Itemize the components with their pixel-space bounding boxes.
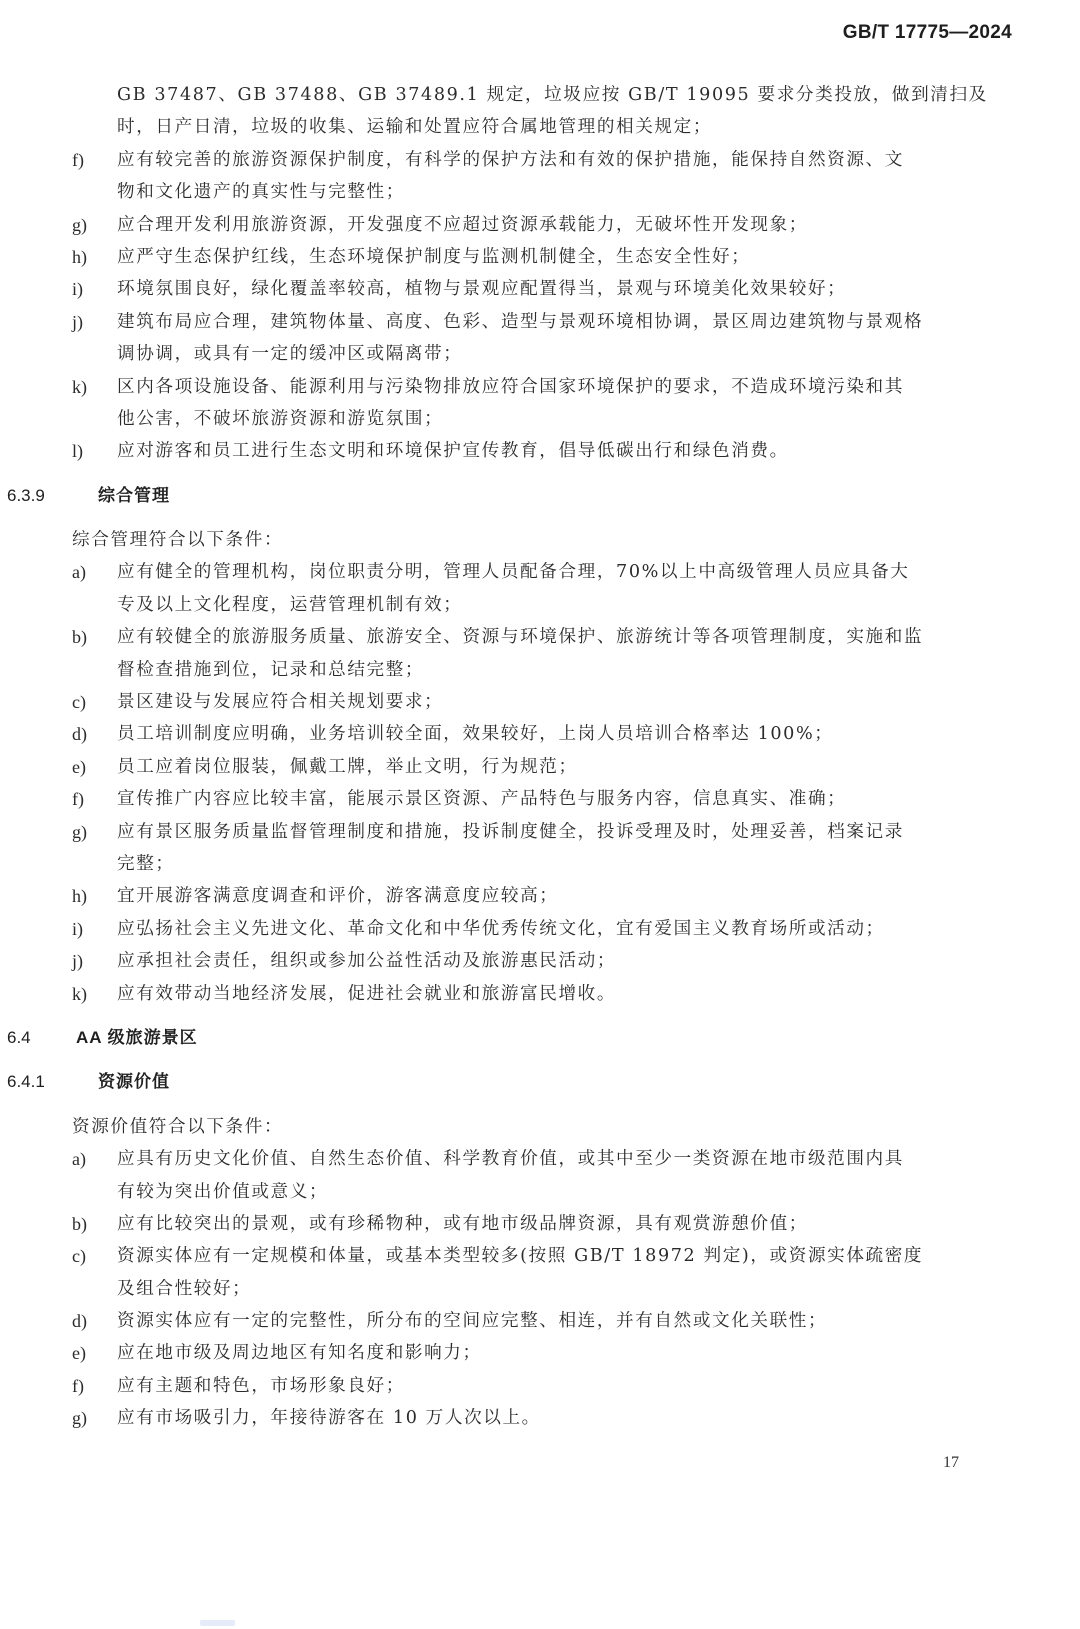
- section-title: 综合管理: [98, 480, 170, 512]
- list-item: k)区内各项设施设备、能源利用与污染物排放应符合国家环境保护的要求，不造成环境污…: [0, 371, 1080, 436]
- section-number: 6.3.9: [7, 480, 45, 512]
- item-label: d): [72, 718, 87, 750]
- scan-artifact: [200, 1620, 235, 1626]
- item-label: h): [72, 880, 87, 912]
- section-6-4: 6.4AA 级旅游景区: [0, 1022, 1080, 1054]
- item-text: 应有较健全的旅游服务质量、旅游安全、资源与环境保护、旅游统计等各项管理制度，实施…: [117, 621, 923, 653]
- item-text: 他公害，不破坏旅游资源和游览氛围；: [117, 403, 443, 435]
- text-line: i)应弘扬社会主义先进文化、革命文化和中华优秀传统文化，宜有爱国主义教育场所或活…: [0, 913, 1080, 945]
- item-label: b): [72, 1208, 87, 1240]
- list-item: b)应有比较突出的景观，或有珍稀物种，或有地市级品牌资源，具有观赏游憩价值；: [0, 1208, 1080, 1240]
- section-title: AA 级旅游景区: [76, 1022, 198, 1054]
- text-line: a)应具有历史文化价值、自然生态价值、科学教育价值，或其中至少一类资源在地市级范…: [0, 1143, 1080, 1175]
- text-line: d)资源实体应有一定的完整性，所分布的空间应完整、相连，并有自然或文化关联性；: [0, 1305, 1080, 1337]
- text-line: 物和文化遗产的真实性与完整性；: [0, 176, 1080, 208]
- item-text: 应有市场吸引力，年接待游客在 10 万人次以上。: [117, 1402, 541, 1434]
- list-item: GB 37487、GB 37488、GB 37489.1 规定，垃圾应按 GB/…: [0, 79, 1080, 144]
- list-item: g)应有市场吸引力，年接待游客在 10 万人次以上。: [0, 1402, 1080, 1434]
- item-text: 应有主题和特色，市场形象良好；: [117, 1370, 405, 1402]
- item-text: 建筑布局应合理，建筑物体量、高度、色彩、造型与景观环境相协调，景区周边建筑物与景…: [117, 306, 923, 338]
- text-line: g)应有景区服务质量监督管理制度和措施，投诉制度健全，投诉受理及时，处理妥善，档…: [0, 816, 1080, 848]
- text-line: 他公害，不破坏旅游资源和游览氛围；: [0, 403, 1080, 435]
- text-line: c)资源实体应有一定规模和体量，或基本类型较多(按照 GB/T 18972 判定…: [0, 1240, 1080, 1272]
- text-line: a)应有健全的管理机构，岗位职责分明，管理人员配备合理，70%以上中高级管理人员…: [0, 556, 1080, 588]
- list-item: c)资源实体应有一定规模和体量，或基本类型较多(按照 GB/T 18972 判定…: [0, 1240, 1080, 1305]
- text-line: f)宣传推广内容应比较丰富，能展示景区资源、产品特色与服务内容，信息真实、准确；: [0, 783, 1080, 815]
- item-label: f): [72, 1370, 84, 1402]
- intro-text: 综合管理符合以下条件：: [72, 524, 283, 556]
- text-line: d)员工培训制度应明确，业务培训较全面，效果较好，上岗人员培训合格率达 100%…: [0, 718, 1080, 750]
- item-label: i): [72, 913, 83, 945]
- item-text: 应有景区服务质量监督管理制度和措施，投诉制度健全，投诉受理及时，处理妥善，档案记…: [117, 816, 904, 848]
- list-item: j)应承担社会责任，组织或参加公益性活动及旅游惠民活动；: [0, 945, 1080, 977]
- list-item: h)应严守生态保护红线，生态环境保护制度与监测机制健全，生态安全性好；: [0, 241, 1080, 273]
- text-line: l)应对游客和员工进行生态文明和环境保护宣传教育，倡导低碳出行和绿色消费。: [0, 435, 1080, 467]
- list-item: d)员工培训制度应明确，业务培训较全面，效果较好，上岗人员培训合格率达 100%…: [0, 718, 1080, 750]
- item-text: 环境氛围良好，绿化覆盖率较高，植物与景观应配置得当，景观与环境美化效果较好；: [117, 273, 846, 305]
- text-line: i)环境氛围良好，绿化覆盖率较高，植物与景观应配置得当，景观与环境美化效果较好；: [0, 273, 1080, 305]
- text-line: f)应有主题和特色，市场形象良好；: [0, 1370, 1080, 1402]
- item-text: 区内各项设施设备、能源利用与污染物排放应符合国家环境保护的要求，不造成环境污染和…: [117, 371, 904, 403]
- list-item: c)景区建设与发展应符合相关规划要求；: [0, 686, 1080, 718]
- document-body: GB 37487、GB 37488、GB 37489.1 规定，垃圾应按 GB/…: [0, 79, 1080, 1435]
- list-item: h)宜开展游客满意度调查和评价，游客满意度应较高；: [0, 880, 1080, 912]
- list-item: b)应有较健全的旅游服务质量、旅游安全、资源与环境保护、旅游统计等各项管理制度，…: [0, 621, 1080, 686]
- item-label: f): [72, 144, 84, 176]
- standard-id: GB/T 17775—2024: [843, 22, 1012, 44]
- item-label: j): [72, 945, 83, 977]
- text-line: 有较为突出价值或意义；: [0, 1176, 1080, 1208]
- item-label: f): [72, 783, 84, 815]
- list-item: d)资源实体应有一定的完整性，所分布的空间应完整、相连，并有自然或文化关联性；: [0, 1305, 1080, 1337]
- list-item: g)应合理开发利用旅游资源，开发强度不应超过资源承载能力，无破坏性开发现象；: [0, 209, 1080, 241]
- item-label: d): [72, 1305, 87, 1337]
- text-line: k)区内各项设施设备、能源利用与污染物排放应符合国家环境保护的要求，不造成环境污…: [0, 371, 1080, 403]
- item-label: a): [72, 556, 86, 588]
- text-line: k)应有效带动当地经济发展，促进社会就业和旅游富民增收。: [0, 978, 1080, 1010]
- item-text: 及组合性较好；: [117, 1273, 251, 1305]
- list-item: i)应弘扬社会主义先进文化、革命文化和中华优秀传统文化，宜有爱国主义教育场所或活…: [0, 913, 1080, 945]
- item-text: 应有较完善的旅游资源保护制度，有科学的保护方法和有效的保护措施，能保持自然资源、…: [117, 144, 904, 176]
- item-label: j): [72, 306, 83, 338]
- intro-text: 资源价值符合以下条件：: [72, 1111, 283, 1143]
- section-title: 资源价值: [98, 1066, 170, 1098]
- list-item: e)员工应着岗位服装，佩戴工牌，举止文明，行为规范；: [0, 751, 1080, 783]
- item-text: 应在地市级及周边地区有知名度和影响力；: [117, 1337, 482, 1369]
- section-number: 6.4: [7, 1022, 31, 1054]
- item-text: 专及以上文化程度，运营管理机制有效；: [117, 589, 463, 621]
- section-heading: 6.3.9综合管理: [0, 480, 1080, 512]
- text-line: b)应有较健全的旅游服务质量、旅游安全、资源与环境保护、旅游统计等各项管理制度，…: [0, 621, 1080, 653]
- item-text: 资源实体应有一定的完整性，所分布的空间应完整、相连，并有自然或文化关联性；: [117, 1305, 827, 1337]
- item-text: 宣传推广内容应比较丰富，能展示景区资源、产品特色与服务内容，信息真实、准确；: [117, 783, 846, 815]
- text-line: 时，日产日清，垃圾的收集、运输和处置应符合属地管理的相关规定；: [0, 111, 1080, 143]
- section-continuation: GB 37487、GB 37488、GB 37489.1 规定，垃圾应按 GB/…: [0, 79, 1080, 468]
- list-item: a)应具有历史文化价值、自然生态价值、科学教育价值，或其中至少一类资源在地市级范…: [0, 1143, 1080, 1208]
- item-text: 应具有历史文化价值、自然生态价值、科学教育价值，或其中至少一类资源在地市级范围内…: [117, 1143, 904, 1175]
- item-text: 应承担社会责任，组织或参加公益性活动及旅游惠民活动；: [117, 945, 616, 977]
- item-text: 资源实体应有一定规模和体量，或基本类型较多(按照 GB/T 18972 判定)，…: [117, 1240, 923, 1272]
- list-item: e)应在地市级及周边地区有知名度和影响力；: [0, 1337, 1080, 1369]
- item-text: 物和文化遗产的真实性与完整性；: [117, 176, 405, 208]
- list-item: i)环境氛围良好，绿化覆盖率较高，植物与景观应配置得当，景观与环境美化效果较好；: [0, 273, 1080, 305]
- list-item: g)应有景区服务质量监督管理制度和措施，投诉制度健全，投诉受理及时，处理妥善，档…: [0, 816, 1080, 881]
- item-label: i): [72, 273, 83, 305]
- item-label: a): [72, 1143, 86, 1175]
- text-line: 完整；: [0, 848, 1080, 880]
- text-line: g)应合理开发利用旅游资源，开发强度不应超过资源承载能力，无破坏性开发现象；: [0, 209, 1080, 241]
- item-text: 完整；: [117, 848, 175, 880]
- list-item: k)应有效带动当地经济发展，促进社会就业和旅游富民增收。: [0, 978, 1080, 1010]
- item-label: c): [72, 686, 86, 718]
- item-label: b): [72, 621, 87, 653]
- item-text: 调协调，或具有一定的缓冲区或隔离带；: [117, 338, 463, 370]
- text-line: h)宜开展游客满意度调查和评价，游客满意度应较高；: [0, 880, 1080, 912]
- text-line: e)应在地市级及周边地区有知名度和影响力；: [0, 1337, 1080, 1369]
- text-line: 专及以上文化程度，运营管理机制有效；: [0, 589, 1080, 621]
- item-label: e): [72, 751, 86, 783]
- item-label: h): [72, 241, 87, 273]
- text-line: g)应有市场吸引力，年接待游客在 10 万人次以上。: [0, 1402, 1080, 1434]
- list-item: f)应有较完善的旅游资源保护制度，有科学的保护方法和有效的保护措施，能保持自然资…: [0, 144, 1080, 209]
- list-item: f)宣传推广内容应比较丰富，能展示景区资源、产品特色与服务内容，信息真实、准确；: [0, 783, 1080, 815]
- item-text: 应弘扬社会主义先进文化、革命文化和中华优秀传统文化，宜有爱国主义教育场所或活动；: [117, 913, 885, 945]
- item-label: l): [72, 435, 83, 467]
- item-label: k): [72, 371, 87, 403]
- item-text: 员工培训制度应明确，业务培训较全面，效果较好，上岗人员培训合格率达 100%；: [117, 718, 833, 750]
- item-label: e): [72, 1337, 86, 1369]
- item-text: 应有健全的管理机构，岗位职责分明，管理人员配备合理，70%以上中高级管理人员应具…: [117, 556, 909, 588]
- text-line: j)建筑布局应合理，建筑物体量、高度、色彩、造型与景观环境相协调，景区周边建筑物…: [0, 306, 1080, 338]
- item-text: 督检查措施到位，记录和总结完整；: [117, 654, 424, 686]
- text-line: e)员工应着岗位服装，佩戴工牌，举止文明，行为规范；: [0, 751, 1080, 783]
- list-item: f)应有主题和特色，市场形象良好；: [0, 1370, 1080, 1402]
- item-text: 应对游客和员工进行生态文明和环境保护宣传教育，倡导低碳出行和绿色消费。: [117, 435, 789, 467]
- list-item: l)应对游客和员工进行生态文明和环境保护宣传教育，倡导低碳出行和绿色消费。: [0, 435, 1080, 467]
- section-number: 6.4.1: [7, 1066, 45, 1098]
- text-line: c)景区建设与发展应符合相关规划要求；: [0, 686, 1080, 718]
- text-line: 调协调，或具有一定的缓冲区或隔离带；: [0, 338, 1080, 370]
- intro-line: 综合管理符合以下条件：: [0, 524, 1080, 556]
- item-text: 有较为突出价值或意义；: [117, 1176, 328, 1208]
- section-6-3-9: 6.3.9综合管理综合管理符合以下条件：a)应有健全的管理机构，岗位职责分明，管…: [0, 480, 1080, 1010]
- text-line: 及组合性较好；: [0, 1273, 1080, 1305]
- item-text: 应有比较突出的景观，或有珍稀物种，或有地市级品牌资源，具有观赏游憩价值；: [117, 1208, 808, 1240]
- item-label: c): [72, 1240, 86, 1272]
- item-text: GB 37487、GB 37488、GB 37489.1 规定，垃圾应按 GB/…: [117, 79, 988, 111]
- list-item: a)应有健全的管理机构，岗位职责分明，管理人员配备合理，70%以上中高级管理人员…: [0, 556, 1080, 621]
- section-6-4-1: 6.4.1资源价值资源价值符合以下条件：a)应具有历史文化价值、自然生态价值、科…: [0, 1066, 1080, 1434]
- item-label: g): [72, 816, 87, 848]
- text-line: b)应有比较突出的景观，或有珍稀物种，或有地市级品牌资源，具有观赏游憩价值；: [0, 1208, 1080, 1240]
- text-line: f)应有较完善的旅游资源保护制度，有科学的保护方法和有效的保护措施，能保持自然资…: [0, 144, 1080, 176]
- item-text: 员工应着岗位服装，佩戴工牌，举止文明，行为规范；: [117, 751, 578, 783]
- list-item: j)建筑布局应合理，建筑物体量、高度、色彩、造型与景观环境相协调，景区周边建筑物…: [0, 306, 1080, 371]
- item-text: 景区建设与发展应符合相关规划要求；: [117, 686, 443, 718]
- item-text: 应严守生态保护红线，生态环境保护制度与监测机制健全，生态安全性好；: [117, 241, 750, 273]
- item-text: 应合理开发利用旅游资源，开发强度不应超过资源承载能力，无破坏性开发现象；: [117, 209, 808, 241]
- item-text: 宜开展游客满意度调查和评价，游客满意度应较高；: [117, 880, 558, 912]
- page-number: 17: [943, 1454, 959, 1472]
- text-line: h)应严守生态保护红线，生态环境保护制度与监测机制健全，生态安全性好；: [0, 241, 1080, 273]
- text-line: j)应承担社会责任，组织或参加公益性活动及旅游惠民活动；: [0, 945, 1080, 977]
- item-label: g): [72, 209, 87, 241]
- item-text: 时，日产日清，垃圾的收集、运输和处置应符合属地管理的相关规定；: [117, 111, 712, 143]
- text-line: GB 37487、GB 37488、GB 37489.1 规定，垃圾应按 GB/…: [0, 79, 1080, 111]
- text-line: 督检查措施到位，记录和总结完整；: [0, 654, 1080, 686]
- section-heading: 6.4.1资源价值: [0, 1066, 1080, 1098]
- item-text: 应有效带动当地经济发展，促进社会就业和旅游富民增收。: [117, 978, 616, 1010]
- item-label: k): [72, 978, 87, 1010]
- intro-line: 资源价值符合以下条件：: [0, 1111, 1080, 1143]
- item-label: g): [72, 1402, 87, 1434]
- section-heading: 6.4AA 级旅游景区: [0, 1022, 1080, 1054]
